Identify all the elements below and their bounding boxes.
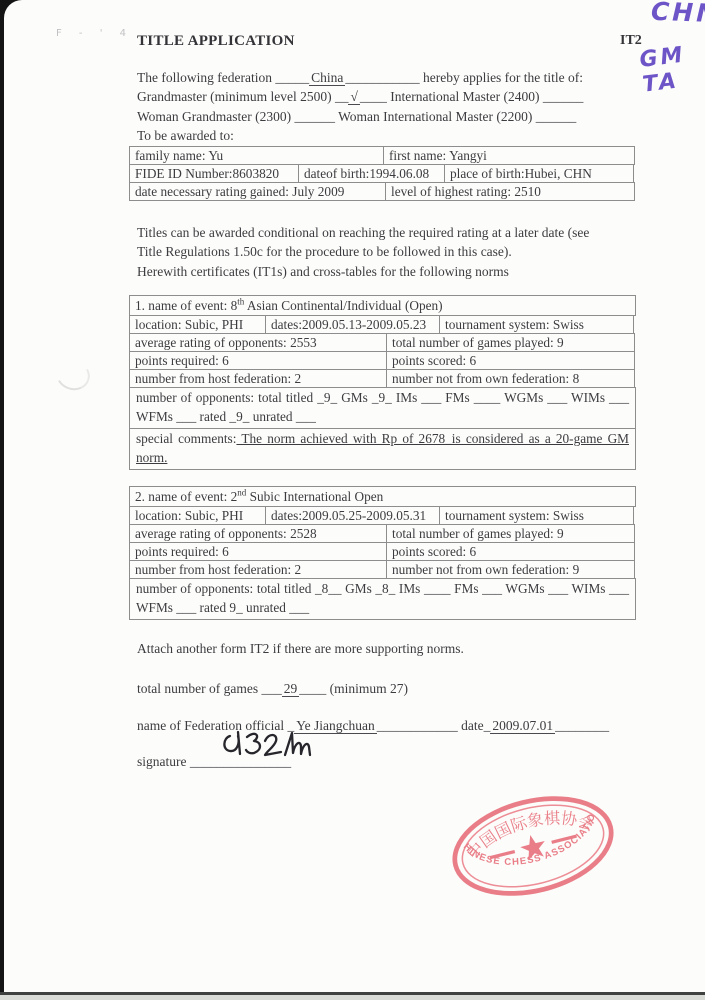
federation-line-post: ___________ hereby applies for the title… [345,70,583,85]
location-cell: location: Subic, PHI [129,315,266,334]
points-required-cell: points required: 6 [129,351,387,370]
place-of-birth-cell: place of birth:Hubei, CHN [444,164,634,183]
opponents-cell: number of opponents: total titled _8__ G… [129,578,636,620]
norm-table-2: 2. name of event: 2nd Subic Internationa… [129,486,636,620]
points-required-cell: points required: 6 [129,542,387,561]
official-line: name of Federation official _Ye Jiangchu… [137,716,609,735]
federation-name-filled: China [309,70,345,86]
system-cell: tournament system: Swiss [439,506,634,525]
chinese-chess-association-stamp: 中国国际象棋协会 CHINESE CHESS ASSOCIATION [438,788,628,904]
scan-bottom-band [0,995,705,1000]
event-name-cell: 1. name of event: 8th Asian Continental/… [129,295,636,316]
awardee-table: family name: Yu first name: Yangyi FIDE … [129,146,636,201]
grandmaster-line-pre: Grandmaster (minimum level 2500) __ [137,89,348,104]
grandmaster-line: Grandmaster (minimum level 2500) __√____… [137,87,642,106]
points-scored-cell: points scored: 6 [386,351,635,370]
federation-line-pre: The following federation _____ [137,70,309,85]
dates-cell: dates:2009.05.13-2009.05.23 [265,315,440,334]
handwritten-title-note: GM TA [638,40,705,97]
table-row: location: Subic, PHI dates:2009.05.25-20… [129,506,636,525]
official-line-post: ________ [555,718,609,733]
table-row: points required: 6 points scored: 6 [129,351,636,370]
special-comments-label: special comments: [136,431,236,446]
host-federation-cell: number from host federation: 2 [129,560,387,579]
table-row: average rating of opponents: 2553 total … [129,333,636,352]
table-row: number from host federation: 2 number no… [129,560,636,579]
opponents-cell: number of opponents: total titled _9_ GM… [129,387,636,429]
paper-crease-mark [52,355,94,394]
conditions-line3: Herewith certificates (IT1s) and cross-t… [137,262,647,281]
conditions-line1: Titles can be awarded conditional on rea… [137,223,647,242]
not-own-federation-cell: number not from own federation: 8 [386,369,635,388]
page-title: TITLE APPLICATION [137,33,295,50]
games-played-cell: total number of games played: 9 [386,524,635,543]
table-row: family name: Yu first name: Yangyi [129,146,636,165]
grandmaster-line-post: ____ International Master (2400) ______ [360,89,583,104]
table-row: 2. name of event: 2nd Subic Internationa… [129,486,636,507]
table-row: location: Subic, PHI dates:2009.05.13-20… [129,315,636,334]
system-cell: tournament system: Swiss [439,315,634,334]
official-date-value: 2009.07.01 [490,718,555,734]
handwritten-federation-note: CHN [651,0,705,28]
table-row: FIDE ID Number:8603820 dateof birth:1994… [129,164,636,183]
total-games-value: 29 [282,681,300,697]
table-row: number from host federation: 2 number no… [129,369,636,388]
table-row: special comments: The norm achieved with… [129,428,636,470]
faint-pencil-note: F - ' 4 [56,28,133,39]
intro-paragraph: The following federation _____China_____… [137,68,642,145]
table-row: number of opponents: total titled _9_ GM… [129,387,636,429]
dates-cell: dates:2009.05.25-2009.05.31 [265,506,440,525]
event-name-post: Subic International Open [246,489,383,504]
norm-table-1: 1. name of event: 8th Asian Continental/… [129,295,636,470]
first-name-cell: first name: Yangyi [383,146,635,165]
avg-opponents-cell: average rating of opponents: 2528 [129,524,387,543]
avg-opponents-cell: average rating of opponents: 2553 [129,333,387,352]
attach-note: Attach another form IT2 if there are mor… [137,639,464,658]
federation-line: The following federation _____China_____… [137,68,642,87]
location-cell: location: Subic, PHI [129,506,266,525]
date-of-birth-cell: dateof birth:1994.06.08 [298,164,445,183]
conditions-line2: Title Regulations 1.50c for the procedur… [137,242,647,261]
official-line-mid: ____________ date_ [377,718,491,733]
event-name-pre: 2. name of event: 2 [135,489,237,504]
event-name-post: Asian Continental/Individual (Open) [244,298,442,313]
woman-titles-line: Woman Grandmaster (2300) ______ Woman In… [137,107,642,126]
scanned-document-page: F - ' 4 TITLE APPLICATION IT2 CHN GM TA … [0,0,705,1000]
not-own-federation-cell: number not from own federation: 9 [386,560,635,579]
highest-rating-cell: level of highest rating: 2510 [385,182,635,201]
awarded-to-label: To be awarded to: [137,126,642,145]
total-games-line: total number of games ___29____ (minimum… [137,679,408,698]
table-row: date necessary rating gained: July 2009 … [129,182,636,201]
total-games-pre: total number of games ___ [137,681,282,696]
date-rating-gained-cell: date necessary rating gained: July 2009 [129,182,386,201]
table-row: average rating of opponents: 2528 total … [129,524,636,543]
signature-label: signature [137,754,190,769]
points-scored-cell: points scored: 6 [386,542,635,561]
fide-id-cell: FIDE ID Number:8603820 [129,164,299,183]
paper-sheet: F - ' 4 TITLE APPLICATION IT2 CHN GM TA … [4,0,705,1000]
host-federation-cell: number from host federation: 2 [129,369,387,388]
table-row: 1. name of event: 8th Asian Continental/… [129,295,636,316]
handwritten-signature [220,727,320,769]
form-code: IT2 [620,33,642,49]
special-comments-cell: special comments: The norm achieved with… [129,428,636,470]
conditions-paragraph: Titles can be awarded conditional on rea… [137,223,647,281]
table-row: number of opponents: total titled _8__ G… [129,578,636,620]
event-name-sup: nd [237,488,246,498]
event-name-cell: 2. name of event: 2nd Subic Internationa… [129,486,636,507]
family-name-cell: family name: Yu [129,146,384,165]
table-row: points required: 6 points scored: 6 [129,542,636,561]
games-played-cell: total number of games played: 9 [386,333,635,352]
grandmaster-checkmark: √ [348,89,359,105]
total-games-post: ____ (minimum 27) [299,681,408,696]
event-name-pre: 1. name of event: 8 [135,298,237,313]
